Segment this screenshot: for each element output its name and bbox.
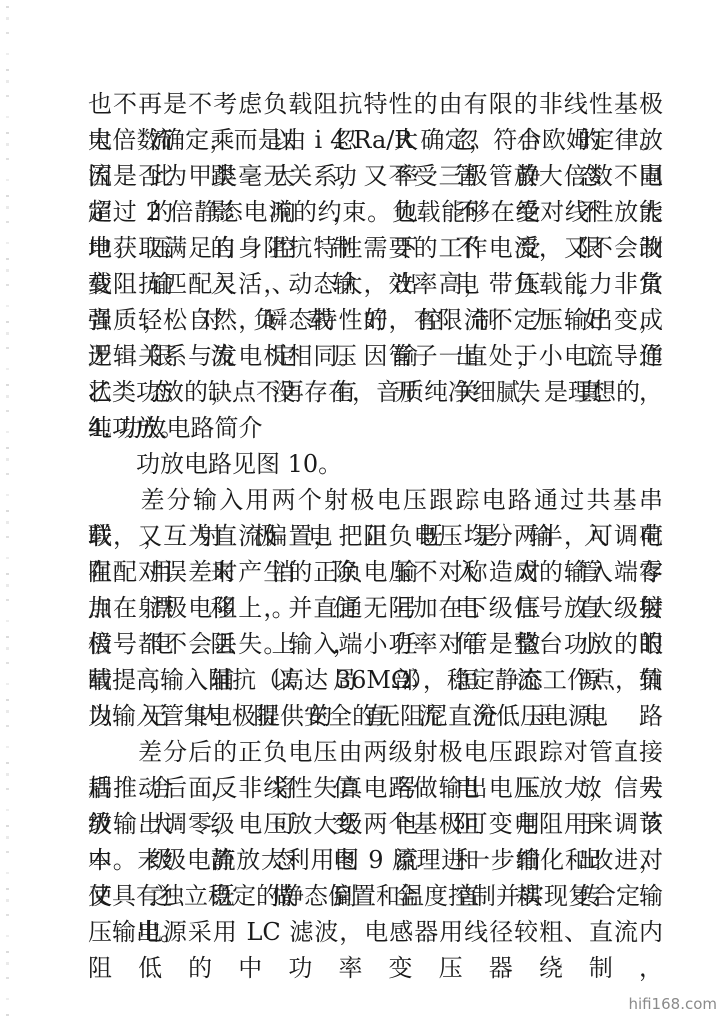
- text-line: 功放电路见图 10。: [88, 446, 663, 482]
- text-line: 载，又互为直流偏置，把正负电压均分两半，可调电阻用来消除输入对管存: [88, 518, 663, 554]
- text-line: 又具有独立稳定的静态偏置和温度控制并实现复合定压输出。: [88, 878, 663, 914]
- section-heading: 4. 功放电路简介: [88, 410, 663, 446]
- text-line: 也不再是不考虑负载阻抗特性的由有限的非线性基极电流乘以忽大忽小的放: [88, 86, 663, 122]
- text-line: 流是否为甲类毫无关系，又不受三极管放大倍数不固定的影响，也不受不能: [88, 158, 663, 194]
- text-block: 也不再是不考虑负载阻抗特性的由有限的非线性基极电流乘以忽大忽小的放 大倍数确定，…: [88, 86, 663, 950]
- text-line: 超过 2 倍静态电流的约束。负载能够在绝对线性放大电压的控制下不受限制: [88, 194, 663, 230]
- text-line: 载提高输入阻抗（高达 36MΩ），稳定静态工作点，辅以无内阻的直流分压电路: [88, 662, 663, 698]
- text-line: 为输入管集电极提供安全的无阻尼直流低压电源。: [88, 698, 663, 734]
- text-line: 乙类功放的缺点不再存在，音质纯净细腻，是理想的纯功放。: [88, 374, 663, 410]
- text-line: 加在射极电阻上，并直通无阻加在下级信号放大级射极电阻上，任何微小的: [88, 590, 663, 626]
- text-line: 地获取满足自身阻抗特性需要的工作电流，又不会改变输入、输出电压，负: [88, 230, 663, 266]
- text-line: 中。末级电流放大利用图 9 原理进一步细化和改进，使之既做到全直耦传输: [88, 842, 663, 878]
- text-line: 信号都不会丢失。输入端小功率对管是整台功放的眼睛，辅以局部恒流源负: [88, 626, 663, 662]
- text-line: 载阻抗匹配灵活，动态大，效率高，带负载能力非常强，对负载的控制力好，: [88, 266, 663, 302]
- text-line: 电源采用 LC 滤波，电感器用线径较粗、直流内阻低的中功率变压器绕制，: [88, 914, 663, 950]
- text-line: 在配对误差时产生的正负电压不对称造成的输入端零点漂移。信号电压直接: [88, 554, 663, 590]
- text-line: 差分输入用两个射极电压跟踪电路通过共基串联，射极电阻既是输入荷: [88, 482, 663, 518]
- text-line: 后推动后面反非线性失真电路做输出电压放大，信号放大级可变电阻用于该: [88, 770, 663, 806]
- document-page: 也不再是不考虑负载阻抗特性的由有限的非线性基极电流乘以忽大忽小的放 大倍数确定，…: [0, 0, 726, 1024]
- text-line: 逻辑关系与发电机相同。因管子一直处于小电流导通状态，没有开关失真，: [88, 338, 663, 374]
- scan-edge-artifacts: [6, 6, 9, 1016]
- watermark: hifi168.com: [628, 995, 717, 1013]
- text-line: 音质轻松自然，瞬态特性好，有限流不定压输出变成无限流定压输出，工作: [88, 302, 663, 338]
- text-line: 差分后的正负电压由两级射极电压跟踪对管直接耦合，将信号电压放大: [88, 734, 663, 770]
- text-line: 大倍数确定，而是由 i 4 Ra/R 确定，符合欧姆定律。因此跟大功率管静态电: [88, 122, 663, 158]
- text-line: 级输出调零，电压放大级两个基极可变电阻用来调节本级静态电流和输出对: [88, 806, 663, 842]
